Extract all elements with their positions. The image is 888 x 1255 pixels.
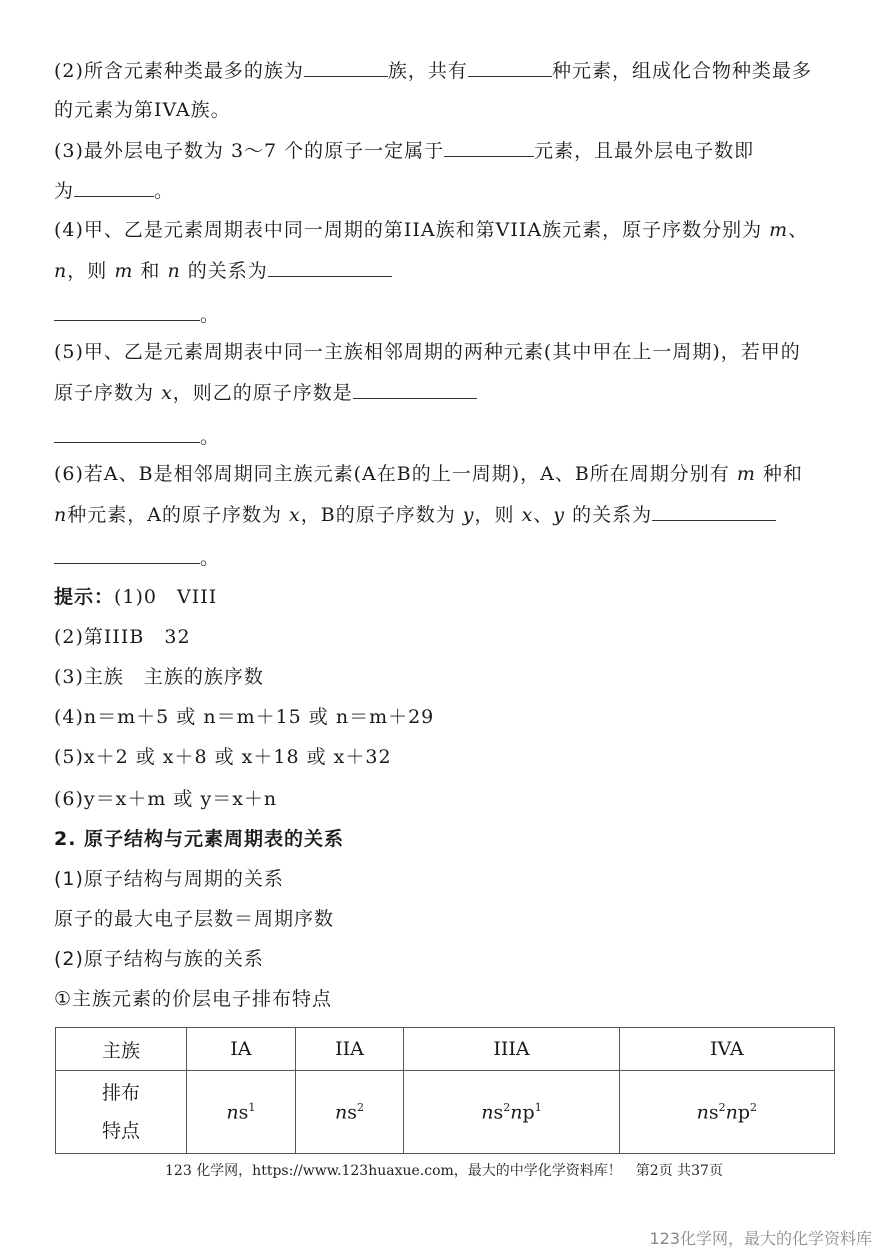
var-x: x — [289, 504, 301, 526]
q4-line1: (4)甲、乙是元素周期表中同一周期的第IIA族和第VIIA族元素，原子序数分别为… — [54, 218, 808, 242]
subsection-1: (1)原子结构与周期的关系 — [54, 867, 284, 891]
subsection-2: (2)原子结构与族的关系 — [54, 947, 264, 971]
section-title: 2. 原子结构与元素周期表的关系 — [54, 827, 344, 851]
q4-text-c: 的关系为 — [188, 260, 268, 282]
s-orbital: s — [347, 1101, 357, 1123]
q4-blank-2[interactable] — [54, 302, 200, 321]
superscript: 2 — [357, 1101, 364, 1114]
var-x: x — [161, 382, 173, 404]
hint-line-5: (5)x＋2 或 x＋8 或 x＋18 或 x＋32 — [54, 745, 392, 769]
table-row: 排布 特点 ns1 ns2 ns2np1 ns2np2 — [56, 1071, 835, 1154]
q5-end: 。 — [200, 426, 220, 448]
q4-text: (4)甲、乙是元素周期表中同一周期的第IIA族和第VIIA族元素，原子序数分别为 — [54, 219, 762, 241]
q2-blank-1[interactable] — [304, 58, 388, 77]
q6-line1: (6)若A、B是相邻周期同主族元素(A在B的上一周期)，A、B所在周期分别有 m… — [54, 462, 803, 486]
superscript: 2 — [719, 1101, 726, 1114]
hint-line-4: (4)n＝m＋5 或 n＝m＋15 或 n＝m＋29 — [54, 705, 434, 729]
superscript: 1 — [248, 1101, 255, 1114]
table-cell: ns2 — [295, 1071, 404, 1154]
p-orbital: p — [523, 1101, 535, 1123]
q2-text-mid1: 族，共有 — [388, 60, 468, 82]
q3-blank-2[interactable] — [74, 178, 154, 197]
q6-end: 。 — [200, 547, 220, 569]
n-var: n — [726, 1101, 738, 1123]
p-orbital: p — [738, 1101, 750, 1123]
q5-blank-2[interactable] — [54, 424, 200, 443]
q3-text-mid: 元素，且最外层电子数即 — [534, 140, 754, 162]
q6-text-b: 种和 — [763, 463, 803, 485]
q3-end: 。 — [154, 180, 174, 202]
table-cell: ns1 — [187, 1071, 296, 1154]
q2-text-mid2: 种元素，组成化合物种类最多 — [552, 60, 812, 82]
var-m: m — [769, 219, 788, 241]
superscript: 1 — [535, 1101, 542, 1114]
q6-text-c: 种元素，A的原子序数为 — [67, 504, 282, 526]
q3-blank-1[interactable] — [444, 138, 534, 157]
var-m: m — [114, 260, 133, 282]
q2-blank-2[interactable] — [468, 58, 552, 77]
q2-text: (2)所含元素种类最多的族为 — [54, 60, 304, 82]
page-footer: 123 化学网，https://www.123huaxue.com，最大的中学化… — [0, 1160, 888, 1180]
q2-line2: 的元素为第IVA族。 — [54, 98, 231, 122]
hint-line-1: 提示：(1)0 VIII — [54, 585, 217, 609]
header-cell: 主族 — [56, 1028, 187, 1071]
var-y: y — [553, 504, 565, 526]
q5-line1: (5)甲、乙是元素周期表中同一主族相邻周期的两种元素(其中甲在上一周期)，若甲的 — [54, 340, 801, 364]
q3-line2-prefix: 为 — [54, 180, 74, 202]
q4-text-a: ，则 — [67, 260, 107, 282]
valence-electron-table: 主族 IA IIA IIIA IVA 排布 特点 ns1 ns2 ns2np1 … — [55, 1027, 835, 1154]
hint-1: (1)0 VIII — [114, 586, 217, 608]
q4-end: 。 — [200, 304, 220, 326]
q6-text-f: 的关系为 — [572, 504, 652, 526]
q3-line1: (3)最外层电子数为 3～7 个的原子一定属于元素，且最外层电子数即 — [54, 138, 754, 163]
header-cell: IIIA — [404, 1028, 619, 1071]
s-orbital: s — [709, 1101, 719, 1123]
q3-line2: 为。 — [54, 178, 174, 203]
row-label-cell: 排布 特点 — [56, 1071, 187, 1154]
subsection-2-item: ①主族元素的价层电子排布特点 — [54, 987, 332, 1011]
hint-line-6: (6)y＝x＋m 或 y＝x＋n — [54, 787, 277, 811]
s-orbital: s — [239, 1101, 249, 1123]
q5-text-a: 原子序数为 — [54, 382, 154, 404]
q4-line2: n，则 m 和 n 的关系为 — [54, 258, 392, 283]
subsection-1-text: 原子的最大电子层数＝周期序数 — [54, 907, 334, 931]
q6-blank-2[interactable] — [54, 545, 200, 564]
header-cell: IA — [187, 1028, 296, 1071]
q4-line3: 。 — [54, 302, 220, 327]
var-y: y — [463, 504, 475, 526]
n-var: n — [226, 1101, 238, 1123]
hint-line-2: (2)第IIIB 32 — [54, 625, 191, 649]
n-var: n — [697, 1101, 709, 1123]
q6-line3: 。 — [54, 545, 220, 570]
sep: 、 — [533, 504, 553, 526]
q6-text-e: ，则 — [475, 504, 515, 526]
q6-text-d: ，B的原子序数为 — [301, 504, 456, 526]
hint-line-3: (3)主族 主族的族序数 — [54, 665, 264, 689]
var-n: n — [54, 504, 67, 526]
superscript: 2 — [750, 1101, 757, 1114]
q6-text-a: (6)若A、B是相邻周期同主族元素(A在B的上一周期)，A、B所在周期分别有 — [54, 463, 730, 485]
var-x: x — [522, 504, 534, 526]
q4-text-b: 和 — [140, 260, 160, 282]
q3-text: (3)最外层电子数为 3～7 个的原子一定属于 — [54, 140, 444, 162]
header-cell: IIA — [295, 1028, 404, 1071]
var-m: m — [737, 463, 756, 485]
q5-text-b: ，则乙的原子序数是 — [173, 382, 353, 404]
q5-line3: 。 — [54, 424, 220, 449]
q2-line1: (2)所含元素种类最多的族为族，共有种元素，组成化合物种类最多 — [54, 58, 812, 83]
table-header-row: 主族 IA IIA IIIA IVA — [56, 1028, 835, 1071]
var-n: n — [167, 260, 180, 282]
q5-blank-1[interactable] — [353, 380, 477, 399]
hint-label: 提示： — [54, 586, 114, 608]
n-var: n — [481, 1101, 493, 1123]
q6-line2: n种元素，A的原子序数为 x，B的原子序数为 y，则 x、y 的关系为 — [54, 502, 776, 527]
watermark: 123化学网，最大的化学资料库 — [649, 1226, 872, 1249]
q4-blank-1[interactable] — [268, 258, 392, 277]
table-cell: ns2np1 — [404, 1071, 619, 1154]
row-label-1: 排布 — [57, 1074, 185, 1112]
table-cell: ns2np2 — [619, 1071, 834, 1154]
n-var: n — [510, 1101, 522, 1123]
n-var: n — [335, 1101, 347, 1123]
s-orbital: s — [494, 1101, 504, 1123]
q6-blank-1[interactable] — [652, 502, 776, 521]
header-cell: IVA — [619, 1028, 834, 1071]
q5-line2: 原子序数为 x，则乙的原子序数是 — [54, 380, 477, 405]
row-label-2: 特点 — [57, 1112, 185, 1150]
var-n: n — [54, 260, 67, 282]
sep: 、 — [788, 219, 808, 241]
